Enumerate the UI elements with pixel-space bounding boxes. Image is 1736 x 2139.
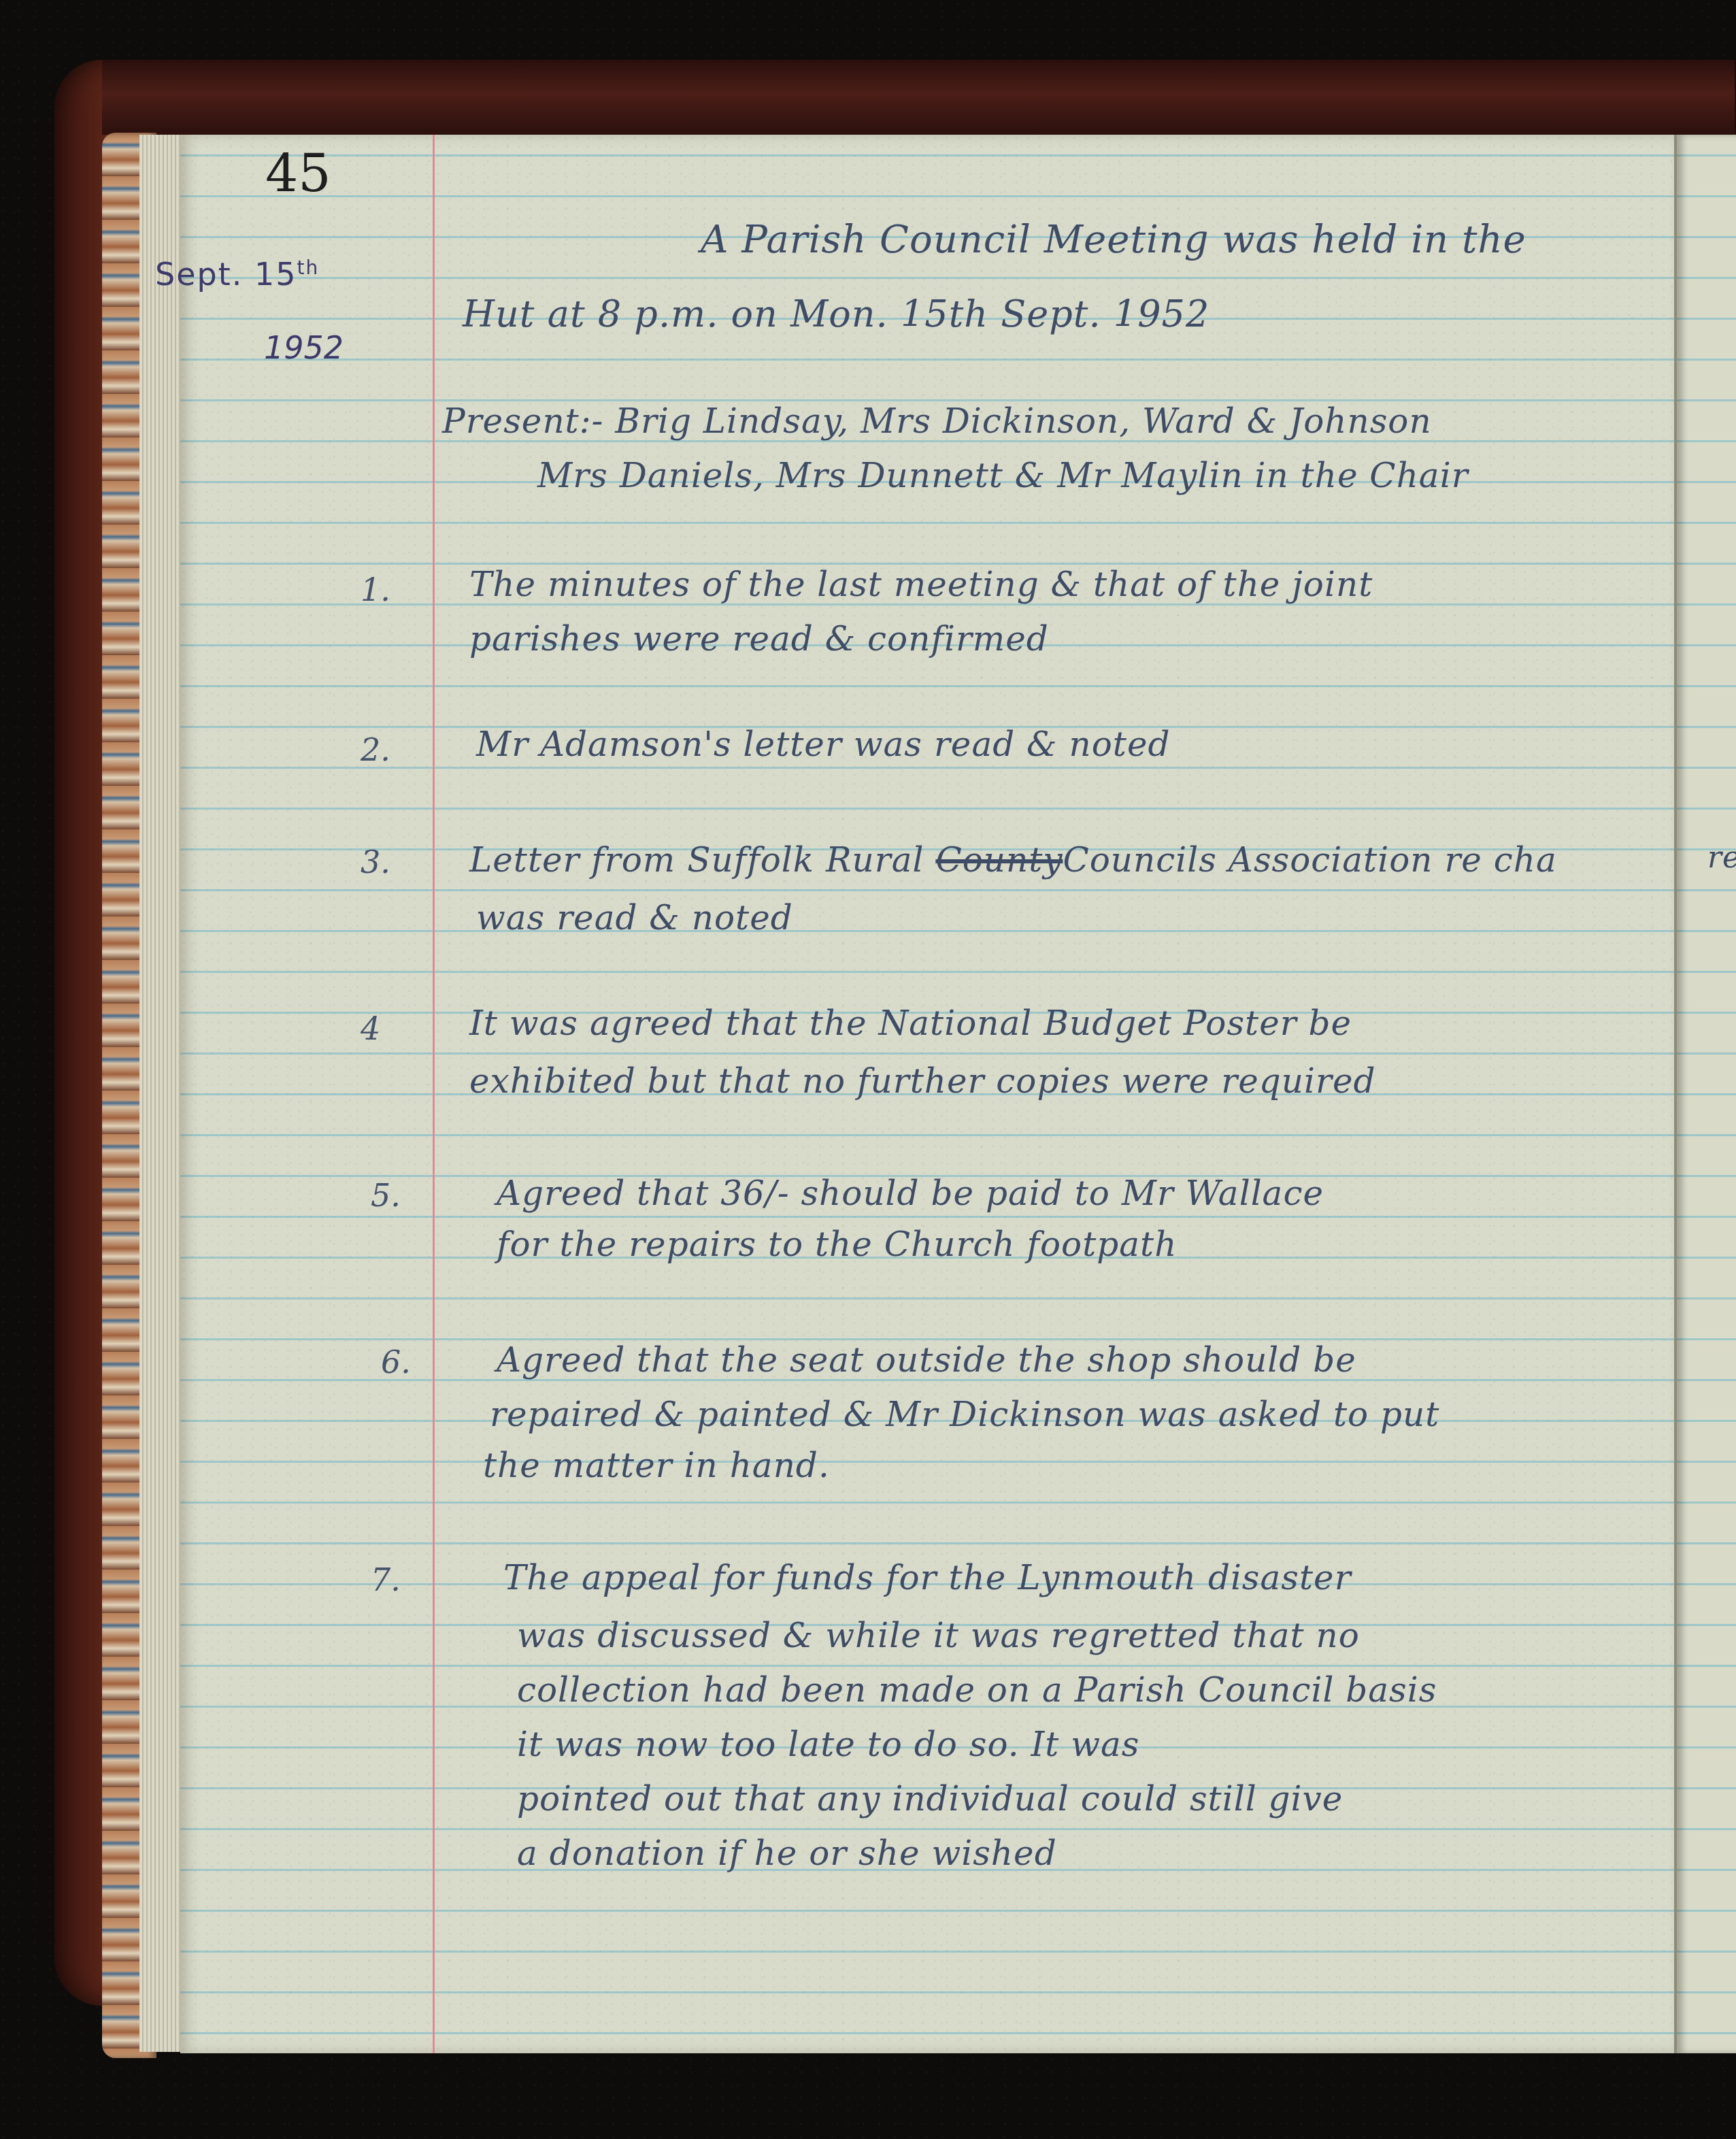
- item-3-struck-word: County: [935, 840, 1063, 880]
- item-7-line-5: pointed out that any individual could st…: [517, 1779, 1343, 1819]
- item-number: 6.: [381, 1344, 411, 1380]
- margin-date-suffix: th: [297, 256, 320, 279]
- binding-top-edge: [102, 60, 1735, 135]
- item-2-line-1: Mr Adamson's letter was read & noted: [476, 725, 1171, 764]
- item-5-line-1: Agreed that 36/- should be paid to Mr Wa…: [497, 1174, 1324, 1213]
- item-3-line-2: was read & noted: [476, 898, 793, 938]
- item-5-line-2: for the repairs to the Church footpath: [497, 1225, 1177, 1264]
- present-line-2: Mrs Daniels, Mrs Dunnett & Mr Maylin in …: [537, 456, 1469, 495]
- heading-line-2: Hut at 8 p.m. on Mon. 15th Sept. 1952: [463, 293, 1209, 335]
- item-number: 7.: [371, 1561, 401, 1598]
- item-7-line-1: The appeal for funds for the Lynmouth di…: [503, 1558, 1352, 1597]
- item-4-line-1: It was agreed that the National Budget P…: [469, 1004, 1352, 1043]
- item-7-line-3: collection had been made on a Parish Cou…: [517, 1670, 1437, 1710]
- item-7-line-4: it was now too late to do so. It was: [517, 1725, 1139, 1764]
- item-6-line-1: Agreed that the seat outside the shop sh…: [497, 1340, 1356, 1380]
- item-1-line-1: The minutes of the last meeting & that o…: [469, 565, 1373, 604]
- item-6-line-3: the matter in hand.: [483, 1446, 830, 1485]
- item-7-line-2: was discussed & while it was regretted t…: [517, 1616, 1360, 1655]
- item-3-text-after: Councils Association re cha: [1063, 840, 1556, 880]
- present-line-1: Present:- Brig Lindsay, Mrs Dickinson, W…: [442, 401, 1432, 441]
- item-number: 1.: [361, 571, 390, 608]
- margin-date-month-day: Sept. 15: [155, 256, 297, 293]
- item-1-line-2: parishes were read & confirmed: [469, 619, 1049, 659]
- item-6-line-2: repaired & painted & Mr Dickinson was as…: [490, 1395, 1439, 1434]
- margin-date: Sept. 15th 1952: [155, 231, 420, 384]
- margin-date-day: Sept. 15th: [155, 231, 420, 311]
- item-7-line-6: a donation if he or she wished: [517, 1834, 1057, 1873]
- page-number: 45: [265, 143, 331, 203]
- margin-date-year: 1952: [155, 311, 420, 384]
- page-stack: [139, 135, 180, 2052]
- item-number: 5.: [371, 1177, 401, 1214]
- facing-page-edge: [1674, 135, 1736, 2053]
- red-margin-rule: [433, 135, 435, 2053]
- item-3-overflow-facing-page: re: [1707, 840, 1736, 875]
- item-3-line-1: Letter from Suffolk Rural CountyCouncils…: [469, 840, 1557, 880]
- item-3-text-before: Letter from Suffolk Rural: [469, 840, 935, 880]
- item-number: 2.: [361, 731, 390, 768]
- item-number: 4: [361, 1010, 380, 1047]
- heading-line-1: A Parish Council Meeting was held in the: [701, 218, 1526, 262]
- item-number: 3.: [361, 844, 390, 880]
- item-4-line-2: exhibited but that no further copies wer…: [469, 1061, 1376, 1101]
